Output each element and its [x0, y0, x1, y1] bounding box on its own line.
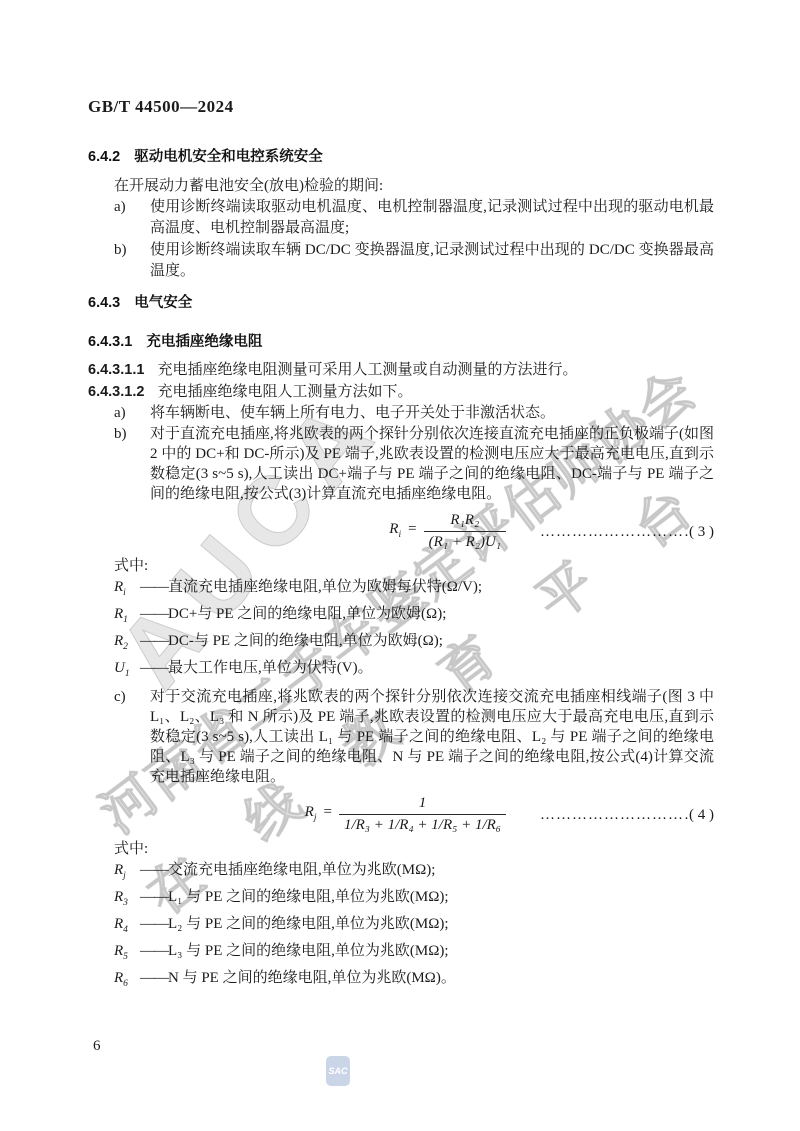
sac-logo-text: SAC	[328, 1066, 347, 1076]
list-text: 使用诊断终端读取车辆 DC/DC 变换器温度,记录测试过程中出现的 DC/DC …	[150, 242, 714, 279]
definition-symbol: R3	[114, 887, 140, 914]
list-6431: a) 将车辆断电、使车辆上所有电力、电子开关处于非激活状态。 b) 对于直流充电…	[88, 403, 714, 995]
clause-text: 充电插座绝缘电阻人工测量方法如下。	[157, 384, 412, 400]
definition-text: L₃ 与 PE 之间的绝缘电阻,单位为兆欧(MΩ);	[168, 943, 449, 959]
definition-dash: ——	[140, 633, 168, 649]
fraction: 1 1/R₃ + 1/R₄ + 1/R₅ + 1/R₆	[339, 794, 506, 835]
list-text: 将车辆断电、使车辆上所有电力、电子开关处于非激活状态。	[150, 405, 555, 421]
clause-number: 6.4.3.1.2	[88, 384, 144, 400]
list-marker: b)	[114, 424, 127, 444]
definition-text: 直流充电插座绝缘电阻,单位为欧姆每伏特(Ω/V);	[168, 579, 482, 595]
equals-sign: =	[408, 521, 416, 537]
definition-row: R2——DC-与 PE 之间的绝缘电阻,单位为欧姆(Ω);	[88, 631, 714, 658]
list-marker: a)	[114, 197, 126, 218]
list-marker: c)	[114, 687, 126, 707]
definition-symbol: R6	[114, 968, 140, 995]
definition-row: R3——L₁ 与 PE 之间的绝缘电阻,单位为兆欧(MΩ);	[88, 887, 714, 914]
definition-row: R6——N 与 PE 之间的绝缘电阻,单位为兆欧(MΩ)。	[88, 968, 714, 995]
formula-lhs: Rj=	[305, 802, 339, 828]
fraction-numerator: 1	[414, 794, 432, 813]
paragraph-64311: 6.4.3.1.1充电插座绝缘电阻测量可采用人工测量或自动测量的方法进行。	[88, 360, 714, 381]
definition-row: R5——L₃ 与 PE 之间的绝缘电阻,单位为兆欧(MΩ);	[88, 941, 714, 968]
definition-text: 交流充电插座绝缘电阻,单位为兆欧(MΩ);	[168, 862, 435, 878]
definition-dash: ——	[140, 660, 168, 676]
document-page: AUCA 河南省二手车鉴定评估师协会 在线教育平台 GB/T 44500—202…	[0, 0, 800, 1131]
fraction: R₁R₂ (R₁ + R₂)U₁	[424, 511, 506, 552]
definition-symbol: R2	[114, 631, 140, 658]
definition-row: R1——DC+与 PE 之间的绝缘电阻,单位为欧姆(Ω);	[88, 604, 714, 631]
fraction-denominator: 1/R₃ + 1/R₄ + 1/R₅ + 1/R₆	[339, 814, 506, 835]
list-item-a: a) 使用诊断终端读取驱动电机温度、电机控制器温度,记录测试过程中出现的驱动电机…	[88, 197, 714, 239]
where-intro: 式中:	[88, 839, 714, 860]
formula-4: Rj= 1 1/R₃ + 1/R₄ + 1/R₅ + 1/R₆ ………………………	[88, 794, 714, 835]
list-text: 使用诊断终端读取驱动电机温度、电机控制器温度,记录测试过程中出现的驱动电机最高温…	[150, 199, 714, 236]
equals-sign: =	[323, 804, 331, 820]
formula-lhs: Ri=	[389, 519, 423, 545]
list-642: a) 使用诊断终端读取驱动电机温度、电机控制器温度,记录测试过程中出现的驱动电机…	[88, 197, 714, 282]
definition-dash: ——	[140, 579, 168, 595]
list-item-b: b) 对于直流充电插座,将兆欧表的两个探针分别依次连接直流充电插座的正负极端子(…	[88, 424, 714, 504]
definition-symbol: R5	[114, 941, 140, 968]
intro-paragraph: 在开展动力蓄电池安全(放电)检验的期间:	[88, 176, 714, 196]
formula-dots: ………………………………………………	[540, 805, 688, 825]
definition-row: Ri——直流充电插座绝缘电阻,单位为欧姆每伏特(Ω/V);	[88, 577, 714, 604]
definition-symbol: Rj	[114, 860, 140, 887]
heading-title: 充电插座绝缘电阻	[146, 334, 262, 350]
definition-text: L₂ 与 PE 之间的绝缘电阻,单位为兆欧(MΩ);	[168, 916, 449, 932]
list-text: 对于交流充电插座,将兆欧表的两个探针分别依次连接交流充电插座相线端子(图 3 中…	[150, 689, 714, 785]
section-heading-6431: 6.4.3.1充电插座绝缘电阻	[88, 334, 714, 351]
definition-row: U1——最大工作电压,单位为伏特(V)。	[88, 658, 714, 685]
definition-symbol: R1	[114, 604, 140, 631]
fraction-numerator: R₁R₂	[445, 511, 484, 530]
list-item-b: b) 使用诊断终端读取车辆 DC/DC 变换器温度,记录测试过程中出现的 DC/…	[88, 240, 714, 282]
list-marker: a)	[114, 403, 126, 424]
formula-label: ( 3 )	[689, 522, 714, 542]
heading-number: 6.4.3.1	[88, 334, 132, 350]
list-text: 对于直流充电插座,将兆欧表的两个探针分别依次连接直流充电插座的正负极端子(如图 …	[150, 426, 714, 502]
definition-symbol: U1	[114, 658, 140, 685]
definition-dash: ——	[140, 970, 168, 986]
definition-text: 最大工作电压,单位为伏特(V)。	[168, 660, 373, 676]
clause-text: 充电插座绝缘电阻测量可采用人工测量或自动测量的方法进行。	[157, 362, 577, 378]
heading-number: 6.4.3	[88, 295, 120, 311]
list-item-c: c) 对于交流充电插座,将兆欧表的两个探针分别依次连接交流充电插座相线端子(图 …	[88, 687, 714, 787]
fraction-denominator: (R₁ + R₂)U₁	[424, 531, 506, 552]
heading-number: 6.4.2	[88, 149, 120, 165]
heading-title: 驱动电机安全和电控系统安全	[134, 149, 323, 165]
definition-dash: ——	[140, 889, 168, 905]
definition-text: DC+与 PE 之间的绝缘电阻,单位为欧姆(Ω);	[168, 606, 446, 622]
list-marker: b)	[114, 240, 127, 261]
clause-number: 6.4.3.1.1	[88, 362, 144, 378]
formula-dots: ………………………………………………	[540, 522, 688, 542]
definition-text: L₁ 与 PE 之间的绝缘电阻,单位为兆欧(MΩ);	[168, 889, 449, 905]
definition-dash: ——	[140, 943, 168, 959]
section-heading-642: 6.4.2驱动电机安全和电控系统安全	[88, 149, 714, 166]
definition-row: Rj——交流充电插座绝缘电阻,单位为兆欧(MΩ);	[88, 860, 714, 887]
formula-label: ( 4 )	[689, 805, 714, 825]
page-content: GB/T 44500—2024 6.4.2驱动电机安全和电控系统安全 在开展动力…	[88, 0, 714, 995]
definition-dash: ——	[140, 862, 168, 878]
heading-title: 电气安全	[134, 295, 192, 311]
page-number: 6	[93, 1038, 101, 1055]
definition-text: DC-与 PE 之间的绝缘电阻,单位为欧姆(Ω);	[168, 633, 443, 649]
definition-text: N 与 PE 之间的绝缘电阻,单位为兆欧(MΩ)。	[168, 970, 456, 986]
paragraph-64312: 6.4.3.1.2充电插座绝缘电阻人工测量方法如下。	[88, 382, 714, 403]
definition-row: R4——L₂ 与 PE 之间的绝缘电阻,单位为兆欧(MΩ);	[88, 914, 714, 941]
list-item-a: a) 将车辆断电、使车辆上所有电力、电子开关处于非激活状态。	[88, 403, 714, 424]
definition-symbol: R4	[114, 914, 140, 941]
formula-3: Ri= R₁R₂ (R₁ + R₂)U₁ ……………………………………………… …	[88, 511, 714, 552]
where-intro: 式中:	[88, 556, 714, 577]
doc-code: GB/T 44500—2024	[88, 97, 714, 117]
definition-dash: ——	[140, 606, 168, 622]
section-heading-643: 6.4.3电气安全	[88, 295, 714, 312]
definition-dash: ——	[140, 916, 168, 932]
definition-symbol: Ri	[114, 577, 140, 604]
sac-logo: SAC	[326, 1056, 350, 1086]
